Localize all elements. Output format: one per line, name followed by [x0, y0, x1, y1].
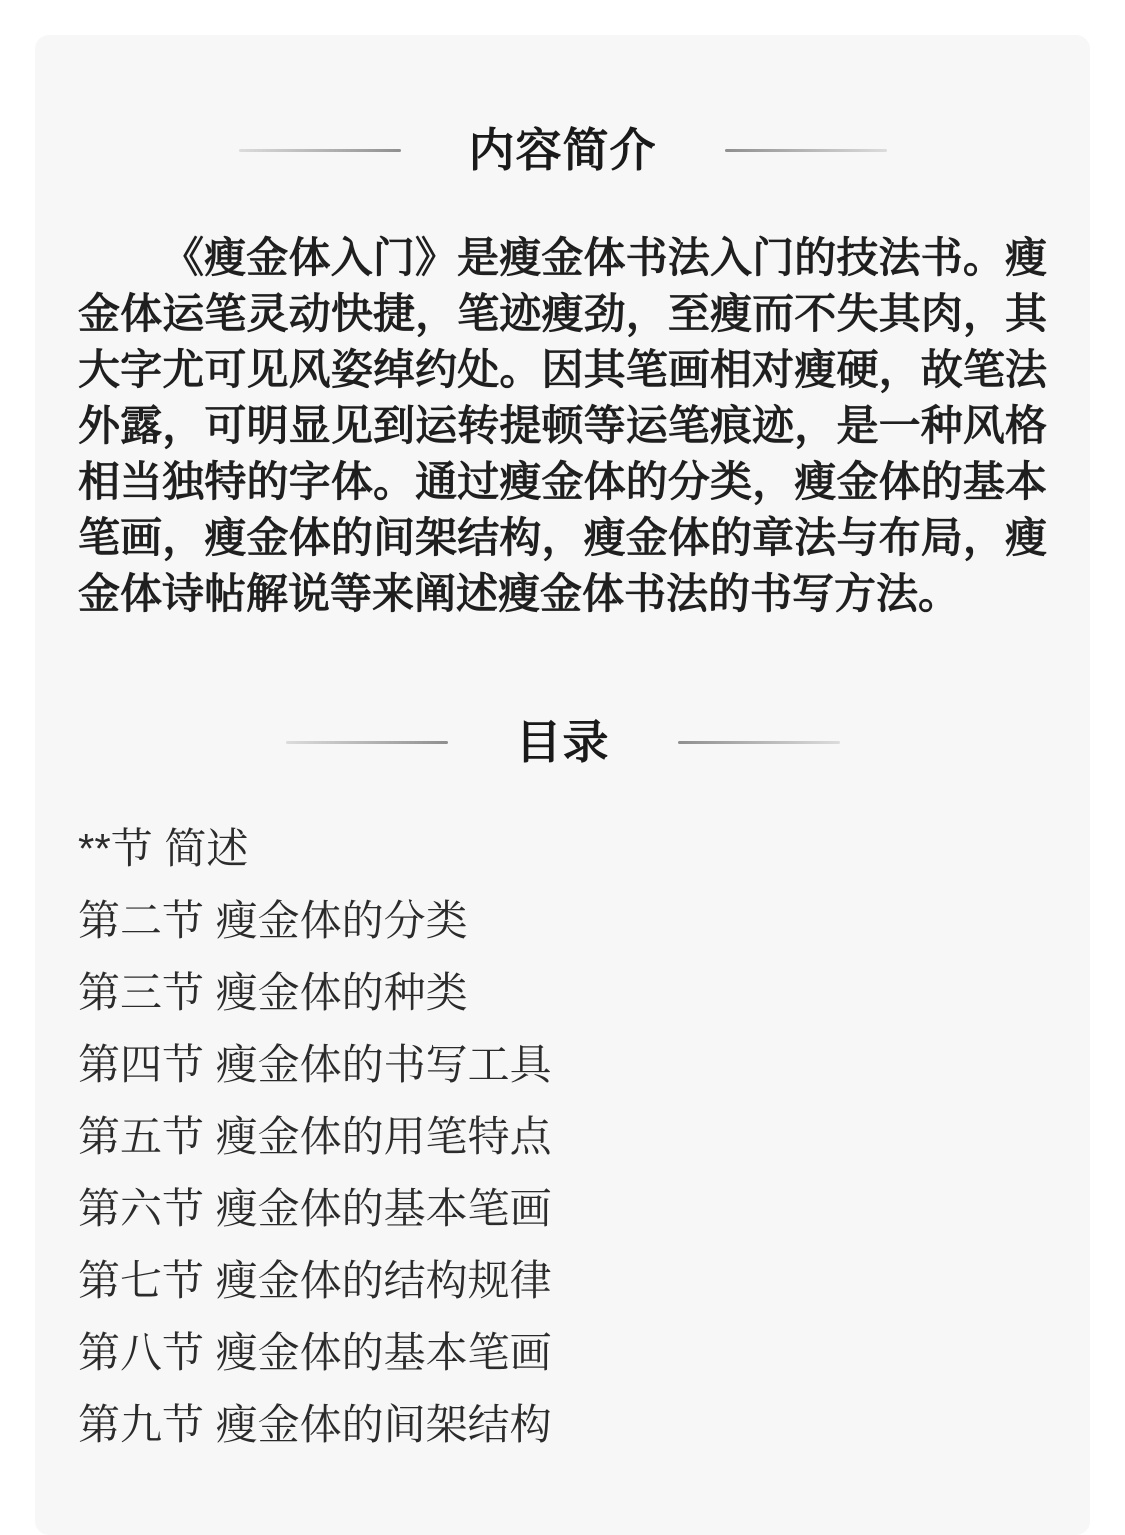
intro-heading-title: 内容简介 — [469, 127, 657, 173]
heading-divider-left — [286, 741, 448, 744]
toc-item: 第四节 瘦金体的书写工具 — [78, 1029, 1047, 1101]
intro-section-heading: 内容简介 — [78, 127, 1047, 173]
heading-divider-right — [678, 741, 840, 744]
toc-item: **节 简述 — [78, 813, 1047, 885]
toc-item: 第八节 瘦金体的基本笔画 — [78, 1317, 1047, 1389]
toc-item: 第五节 瘦金体的用笔特点 — [78, 1101, 1047, 1173]
toc-item: 第三节 瘦金体的种类 — [78, 957, 1047, 1029]
toc-heading-title: 目录 — [516, 719, 610, 765]
toc-section-heading: 目录 — [78, 719, 1047, 765]
intro-paragraph: 《瘦金体入门》是瘦金体书法入门的技法书。瘦金体运笔灵动快捷，笔迹瘦劲，至瘦而不失… — [78, 230, 1047, 622]
toc-list: **节 简述 第二节 瘦金体的分类 第三节 瘦金体的种类 第四节 瘦金体的书写工… — [78, 813, 1047, 1461]
toc-item: 第六节 瘦金体的基本笔画 — [78, 1173, 1047, 1245]
toc-item: 第二节 瘦金体的分类 — [78, 885, 1047, 957]
heading-divider-right — [725, 149, 887, 152]
description-card: 内容简介 《瘦金体入门》是瘦金体书法入门的技法书。瘦金体运笔灵动快捷，笔迹瘦劲，… — [35, 35, 1090, 1464]
toc-item: 第九节 瘦金体的间架结构 — [78, 1389, 1047, 1461]
toc-item: 第七节 瘦金体的结构规律 — [78, 1245, 1047, 1317]
heading-divider-left — [239, 149, 401, 152]
